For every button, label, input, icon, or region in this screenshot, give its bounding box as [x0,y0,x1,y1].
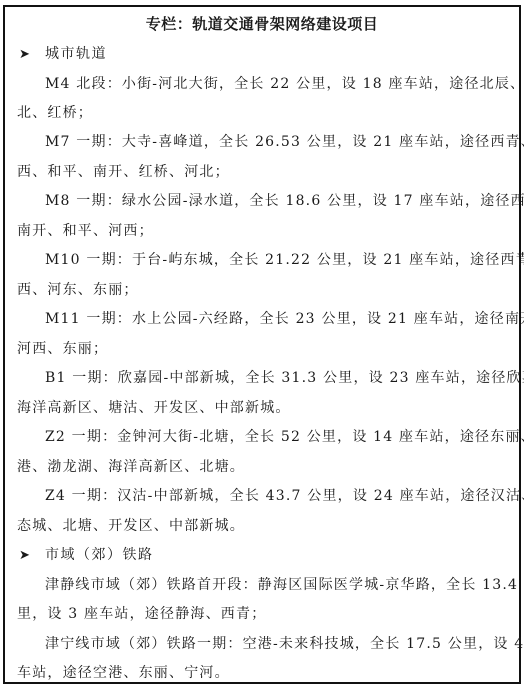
jinjing-line-2: 里，设 3 座车站，途径静海、西青； [17,604,509,624]
m4-line-2: 北、红桥； [17,103,509,123]
arrow-bullet-icon: ➤ [19,45,45,65]
m7-line-2: 西、和平、南开、红桥、河北； [17,162,509,182]
project-column-box: 专栏：轨道交通骨架网络建设项目 ➤城市轨道 M4 北段：小街-河北大街，全长 2… [3,5,521,684]
m11-line-2: 河西、东丽； [17,339,509,359]
z4-line-2: 态城、北塘、开发区、中部新城。 [17,516,509,536]
section-heading-label: 市域（郊）铁路 [45,547,154,563]
jinning-line-2: 车站，途径空港、东丽、宁河。 [17,663,509,683]
m8-line-2: 南开、和平、河西； [17,221,509,241]
arrow-bullet-icon: ➤ [19,546,45,566]
column-title: 专栏：轨道交通骨架网络建设项目 [5,13,519,34]
b1-line-1: B1 一期：欣嘉园-中部新城，全长 31.3 公里，设 23 座车站，途径欣嘉园… [45,368,509,388]
section-heading-urban-rail: ➤城市轨道 [19,44,107,65]
jinning-line-1: 津宁线市域（郊）铁路一期：空港-未来科技城，全长 17.5 公里，设 4 座 [45,634,509,654]
jinjing-line-1: 津静线市域（郊）铁路首开段：静海区国际医学城-京华路，全长 13.4 公 [45,575,509,595]
m10-line-2: 西、河东、东丽； [17,280,509,300]
m10-line-1: M10 一期：于台-屿东城，全长 21.22 公里，设 21 座车站，途径西青、… [45,250,509,270]
section-heading-suburban-rail: ➤市域（郊）铁路 [19,545,154,566]
z2-line-1: Z2 一期：金钟河大街-北塘，全长 52 公里，设 14 座车站，途径东丽、空 [45,427,509,447]
m11-line-1: M11 一期：水上公园-六经路，全长 23 公里，设 21 座车站，途径南开、 [45,309,509,329]
m8-line-1: M8 一期：绿水公园-渌水道，全长 18.6 公里，设 17 座车站，途径西青、 [45,191,509,211]
z4-line-1: Z4 一期：汉沽-中部新城，全长 43.7 公里，设 24 座车站，途径汉沽、生 [45,486,509,506]
section-heading-label: 城市轨道 [45,46,107,62]
m4-line-1: M4 北段：小街-河北大街，全长 22 公里，设 18 座车站，途径北辰、河 [45,74,509,94]
b1-line-2: 海洋高新区、塘沽、开发区、中部新城。 [17,398,509,418]
z2-line-2: 港、渤龙湖、海洋高新区、北塘。 [17,457,509,477]
m7-line-1: M7 一期：大寺-喜峰道，全长 26.53 公里，设 21 座车站，途径西青、河 [45,132,509,152]
